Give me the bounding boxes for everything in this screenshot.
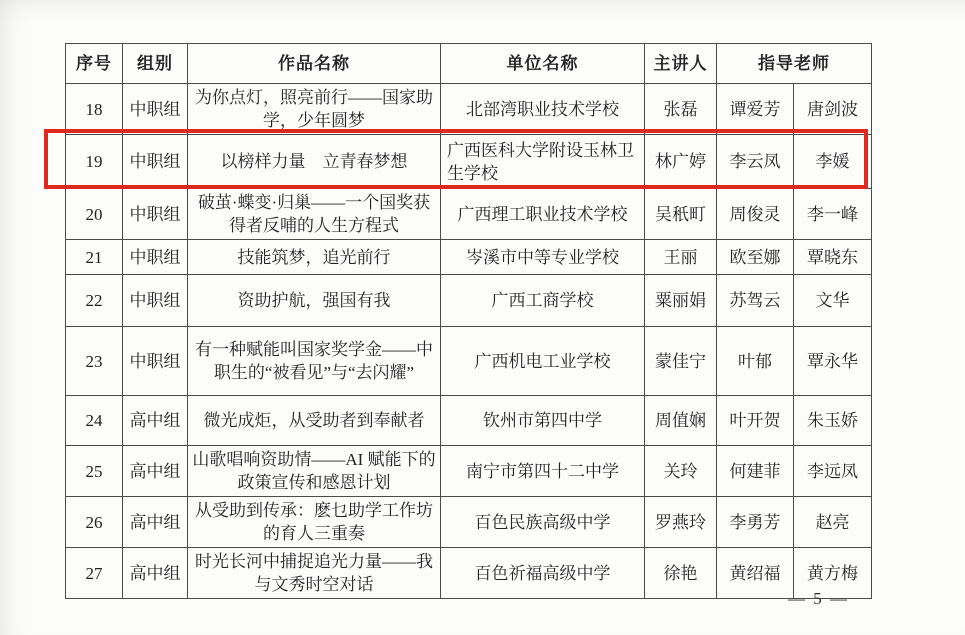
cell-serial-number: 23 — [66, 327, 123, 396]
cell-work-title: 技能筑梦，追光前行 — [188, 240, 441, 275]
cell-work-title: 微光成炬，从受助者到奉献者 — [188, 396, 441, 446]
cell-organization: 南宁市第四十二中学 — [441, 446, 645, 497]
cell-organization: 广西工商学校 — [441, 275, 645, 327]
cell-serial-number: 24 — [66, 396, 123, 446]
cell-group: 中职组 — [123, 240, 188, 275]
table-row: 22 中职组 资助护航，强国有我 广西工商学校 粟丽娟 苏驾云 文华 — [66, 275, 872, 327]
cell-serial-number: 26 — [66, 497, 123, 548]
column-header-organization: 单位名称 — [441, 44, 645, 84]
cell-advisor-1: 黄绍福 — [717, 548, 794, 599]
cell-speaker: 王丽 — [645, 240, 717, 275]
cell-advisor-2: 李远凤 — [794, 446, 872, 497]
cell-speaker: 罗燕玲 — [645, 497, 717, 548]
cell-serial-number: 27 — [66, 548, 123, 599]
cell-organization: 钦州市第四中学 — [441, 396, 645, 446]
cell-serial-number: 25 — [66, 446, 123, 497]
column-header-work-title: 作品名称 — [188, 44, 441, 84]
cell-group: 中职组 — [123, 84, 188, 135]
cell-advisor-2: 李媛 — [794, 135, 872, 189]
cell-advisor-1: 周俊灵 — [717, 189, 794, 240]
table-row: 23 中职组 有一种赋能叫国家奖学金——中职生的“被看见”与“去闪耀” 广西机电… — [66, 327, 872, 396]
cell-serial-number: 20 — [66, 189, 123, 240]
table-row: 25 高中组 山歌唱响资助情——AI 赋能下的政策宣传和感恩计划 南宁市第四十二… — [66, 446, 872, 497]
cell-group: 高中组 — [123, 396, 188, 446]
cell-advisor-2: 文华 — [794, 275, 872, 327]
cell-group: 高中组 — [123, 446, 188, 497]
cell-organization: 广西医科大学附设玉林卫生学校 — [441, 135, 645, 189]
cell-speaker: 关玲 — [645, 446, 717, 497]
cell-advisor-1: 谭爱芳 — [717, 84, 794, 135]
table-row: 26 高中组 从受助到传承：麽乜助学工作坊的育人三重奏 百色民族高级中学 罗燕玲… — [66, 497, 872, 548]
table-row: 18 中职组 为你点灯，照亮前行——国家助学，少年圆梦 北部湾职业技术学校 张磊… — [66, 84, 872, 135]
cell-organization: 广西理工职业技术学校 — [441, 189, 645, 240]
cell-speaker: 粟丽娟 — [645, 275, 717, 327]
column-header-serial-number: 序号 — [66, 44, 123, 84]
cell-serial-number: 22 — [66, 275, 123, 327]
cell-organization: 百色民族高级中学 — [441, 497, 645, 548]
cell-group: 高中组 — [123, 497, 188, 548]
cell-advisor-2: 朱玉娇 — [794, 396, 872, 446]
cell-work-title: 以榜样力量 立青春梦想 — [188, 135, 441, 189]
cell-speaker: 周值娴 — [645, 396, 717, 446]
cell-advisor-1: 苏驾云 — [717, 275, 794, 327]
cell-advisor-2: 李一峰 — [794, 189, 872, 240]
cell-serial-number: 21 — [66, 240, 123, 275]
cell-group: 中职组 — [123, 327, 188, 396]
cell-speaker: 蒙佳宁 — [645, 327, 717, 396]
cell-advisor-2: 赵亮 — [794, 497, 872, 548]
table-row: 21 中职组 技能筑梦，追光前行 岑溪市中等专业学校 王丽 欧至娜 覃晓东 — [66, 240, 872, 275]
page-number: — 5 — — [788, 589, 849, 609]
cell-advisor-1: 李勇芳 — [717, 497, 794, 548]
cell-work-title: 从受助到传承：麽乜助学工作坊的育人三重奏 — [188, 497, 441, 548]
results-table: 序号 组别 作品名称 单位名称 主讲人 指导老师 18 中职组 为你点灯，照亮前… — [65, 43, 872, 599]
cell-group: 高中组 — [123, 548, 188, 599]
table-header-row: 序号 组别 作品名称 单位名称 主讲人 指导老师 — [66, 44, 872, 84]
column-header-advisors: 指导老师 — [717, 44, 872, 84]
cell-organization: 广西机电工业学校 — [441, 327, 645, 396]
table-row: 24 高中组 微光成炬，从受助者到奉献者 钦州市第四中学 周值娴 叶开贺 朱玉娇 — [66, 396, 872, 446]
cell-group: 中职组 — [123, 189, 188, 240]
cell-speaker: 吴秖町 — [645, 189, 717, 240]
table-row: 20 中职组 破茧·蝶变·归巢——一个国奖获得者反哺的人生方程式 广西理工职业技… — [66, 189, 872, 240]
cell-work-title: 有一种赋能叫国家奖学金——中职生的“被看见”与“去闪耀” — [188, 327, 441, 396]
cell-organization: 岑溪市中等专业学校 — [441, 240, 645, 275]
table-row: 19 中职组 以榜样力量 立青春梦想 广西医科大学附设玉林卫生学校 林广婷 李云… — [66, 135, 872, 189]
cell-advisor-2: 唐剑波 — [794, 84, 872, 135]
column-header-speaker: 主讲人 — [645, 44, 717, 84]
cell-advisor-2: 覃晓东 — [794, 240, 872, 275]
cell-serial-number: 19 — [66, 135, 123, 189]
cell-work-title: 破茧·蝶变·归巢——一个国奖获得者反哺的人生方程式 — [188, 189, 441, 240]
cell-speaker: 林广婷 — [645, 135, 717, 189]
cell-advisor-1: 叶开贺 — [717, 396, 794, 446]
scanned-document-page: 序号 组别 作品名称 单位名称 主讲人 指导老师 18 中职组 为你点灯，照亮前… — [0, 0, 965, 635]
cell-work-title: 时光长河中捕捉追光力量——我与文秀时空对话 — [188, 548, 441, 599]
cell-advisor-1: 叶郁 — [717, 327, 794, 396]
cell-advisor-2: 覃永华 — [794, 327, 872, 396]
cell-speaker: 徐艳 — [645, 548, 717, 599]
cell-group: 中职组 — [123, 275, 188, 327]
cell-advisor-1: 欧至娜 — [717, 240, 794, 275]
cell-organization: 百色祈福高级中学 — [441, 548, 645, 599]
cell-advisor-1: 李云凤 — [717, 135, 794, 189]
table-row: 27 高中组 时光长河中捕捉追光力量——我与文秀时空对话 百色祈福高级中学 徐艳… — [66, 548, 872, 599]
cell-speaker: 张磊 — [645, 84, 717, 135]
cell-group: 中职组 — [123, 135, 188, 189]
cell-organization: 北部湾职业技术学校 — [441, 84, 645, 135]
cell-work-title: 为你点灯，照亮前行——国家助学，少年圆梦 — [188, 84, 441, 135]
cell-advisor-1: 何建菲 — [717, 446, 794, 497]
column-header-group: 组别 — [123, 44, 188, 84]
cell-work-title: 资助护航，强国有我 — [188, 275, 441, 327]
cell-work-title: 山歌唱响资助情——AI 赋能下的政策宣传和感恩计划 — [188, 446, 441, 497]
cell-serial-number: 18 — [66, 84, 123, 135]
